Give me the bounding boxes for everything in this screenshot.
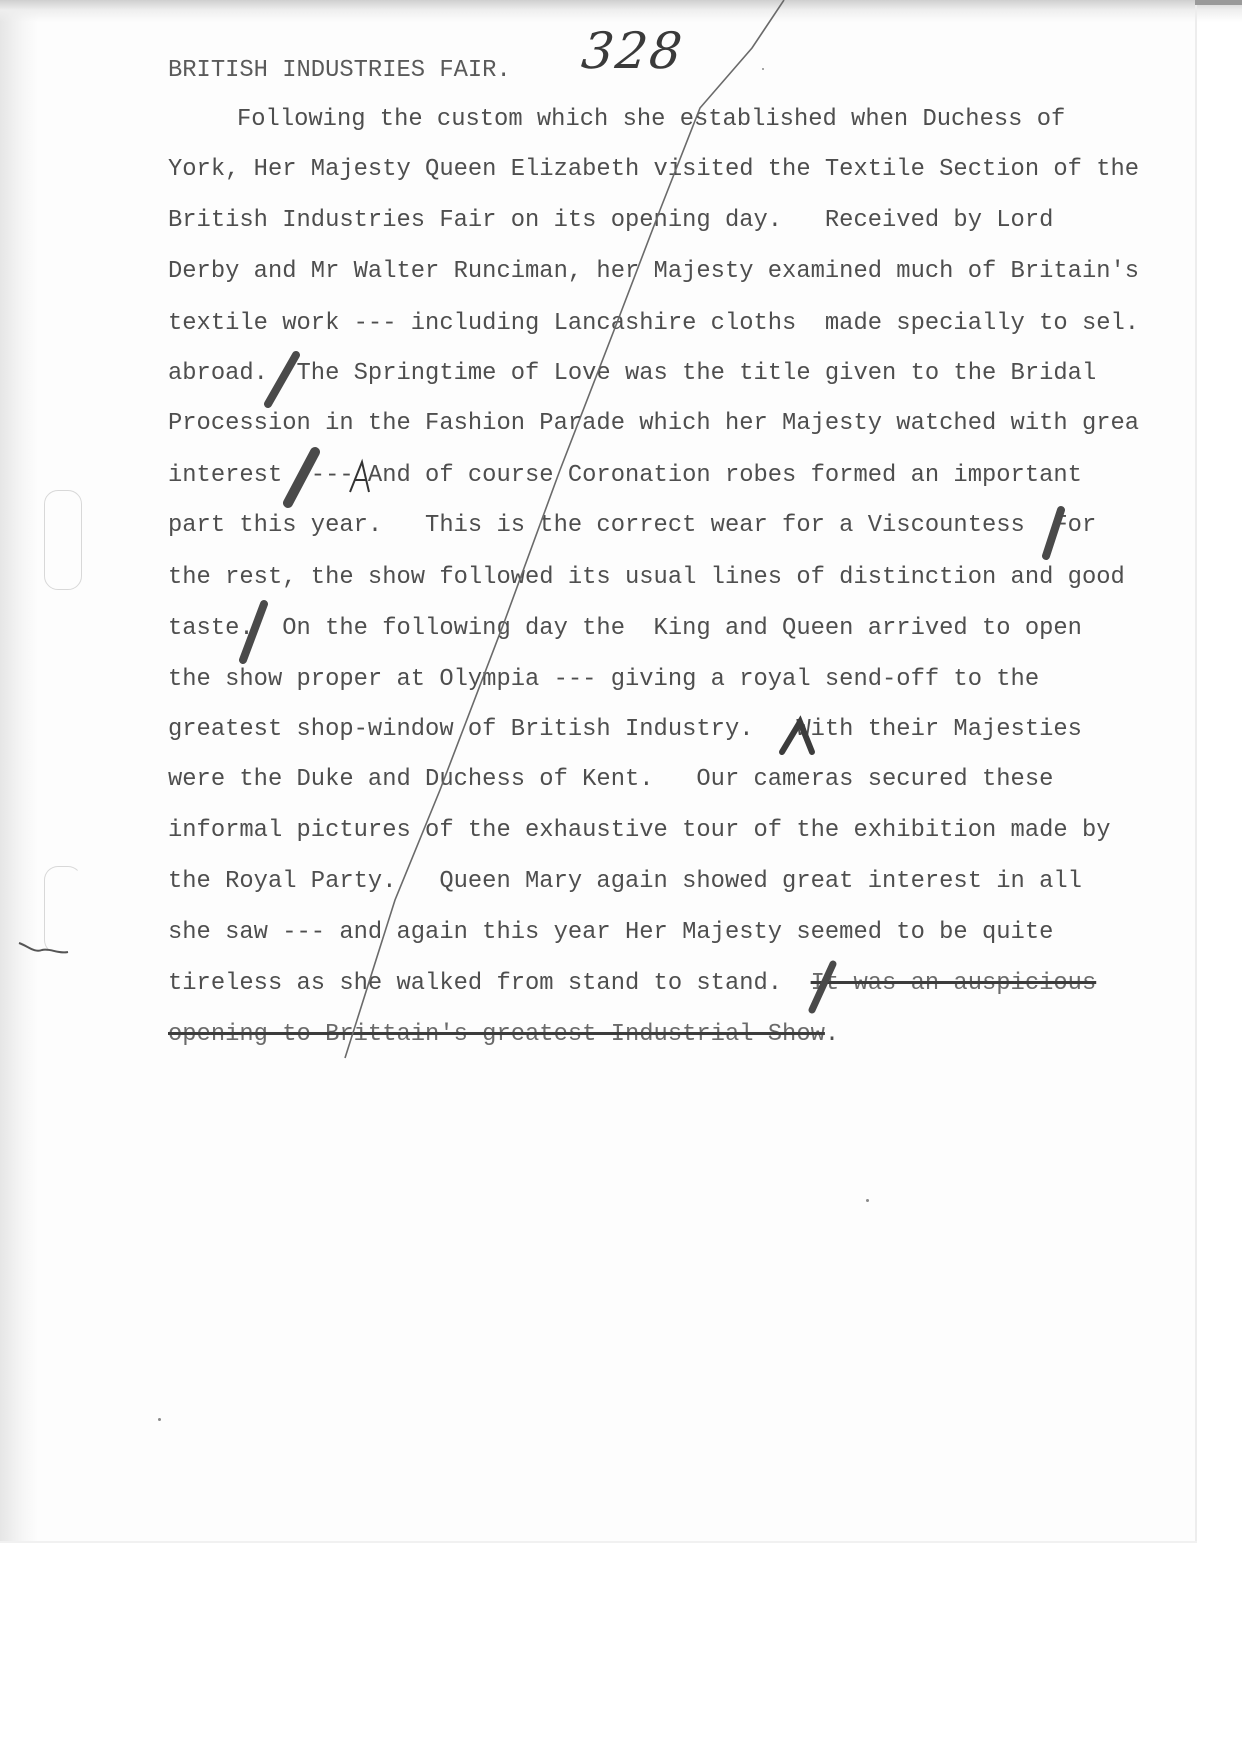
bottom-paper-edge bbox=[0, 1541, 1197, 1543]
scanned-page: BRITISH INDUSTRIES FAIR. 328 Following t… bbox=[0, 0, 1242, 1753]
text-segment: tireless as she walked from stand to sta… bbox=[168, 970, 811, 997]
text-segment: informal pictures of the exhaustive tour… bbox=[168, 817, 1111, 844]
text-line: the show proper at Olympia --- giving a … bbox=[168, 666, 1039, 694]
text-line: textile work --- including Lancashire cl… bbox=[168, 310, 1139, 338]
document-title: BRITISH INDUSTRIES FAIR. bbox=[168, 57, 511, 85]
text-segment: abroad. The Springtime of Love was the t… bbox=[168, 360, 1096, 387]
text-line: tireless as she walked from stand to sta… bbox=[168, 970, 1096, 998]
text-segment: Procession in the Fashion Parade which h… bbox=[168, 410, 1139, 437]
text-segment: York, Her Majesty Queen Elizabeth visite… bbox=[168, 156, 1139, 183]
text-line: Following the custom which she establish… bbox=[237, 106, 1065, 134]
text-line: British Industries Fair on its opening d… bbox=[168, 207, 1053, 235]
text-line: were the Duke and Duchess of Kent. Our c… bbox=[168, 766, 1053, 794]
text-line: she saw --- and again this year Her Maje… bbox=[168, 919, 1053, 947]
text-line: informal pictures of the exhaustive tour… bbox=[168, 817, 1111, 845]
text-segment: British Industries Fair on its opening d… bbox=[168, 207, 1053, 234]
speck bbox=[866, 1199, 869, 1202]
text-segment: the Royal Party. Queen Mary again showed… bbox=[168, 868, 1082, 895]
speck bbox=[158, 1418, 161, 1421]
text-line: greatest shop-window of British Industry… bbox=[168, 716, 1082, 744]
top-edge-shadow bbox=[0, 0, 1242, 22]
text-line: the Royal Party. Queen Mary again showed… bbox=[168, 868, 1082, 896]
margin-mark bbox=[44, 490, 82, 590]
struck-text: opening to Brittain's greatest Industria… bbox=[168, 1021, 825, 1048]
text-segment: textile work --- including Lancashire cl… bbox=[168, 310, 1139, 337]
top-right-dark-band bbox=[1195, 0, 1242, 5]
text-line: interest --- And of course Coronation ro… bbox=[168, 462, 1082, 490]
text-line: taste. On the following day the King and… bbox=[168, 615, 1082, 643]
text-segment: Following the custom which she establish… bbox=[237, 106, 1065, 133]
margin-mark bbox=[44, 866, 82, 954]
text-segment: taste. On the following day the King and… bbox=[168, 615, 1082, 642]
text-segment: greatest shop-window of British Industry… bbox=[168, 716, 1082, 743]
text-segment: the rest, the show followed its usual li… bbox=[168, 564, 1125, 591]
speck bbox=[762, 68, 764, 70]
handwritten-page-number: 328 bbox=[579, 22, 687, 80]
text-line: Derby and Mr Walter Runciman, her Majest… bbox=[168, 258, 1139, 286]
text-line: abroad. The Springtime of Love was the t… bbox=[168, 360, 1096, 388]
text-line: York, Her Majesty Queen Elizabeth visite… bbox=[168, 156, 1139, 184]
right-paper-edge bbox=[1195, 0, 1197, 1543]
text-line: opening to Brittain's greatest Industria… bbox=[168, 1021, 839, 1049]
text-segment: part this year. This is the correct wear… bbox=[168, 512, 1096, 539]
text-segment: Derby and Mr Walter Runciman, her Majest… bbox=[168, 258, 1139, 285]
text-segment: she saw --- and again this year Her Maje… bbox=[168, 919, 1053, 946]
text-segment: were the Duke and Duchess of Kent. Our c… bbox=[168, 766, 1053, 793]
text-segment: . bbox=[825, 1021, 839, 1048]
text-segment: interest --- And of course Coronation ro… bbox=[168, 462, 1082, 489]
text-line: part this year. This is the correct wear… bbox=[168, 512, 1096, 540]
text-line: the rest, the show followed its usual li… bbox=[168, 564, 1125, 592]
text-line: Procession in the Fashion Parade which h… bbox=[168, 410, 1139, 438]
struck-text: It was an auspicious bbox=[811, 970, 1097, 997]
text-segment: the show proper at Olympia --- giving a … bbox=[168, 666, 1039, 693]
left-edge-shadow bbox=[0, 0, 38, 1543]
